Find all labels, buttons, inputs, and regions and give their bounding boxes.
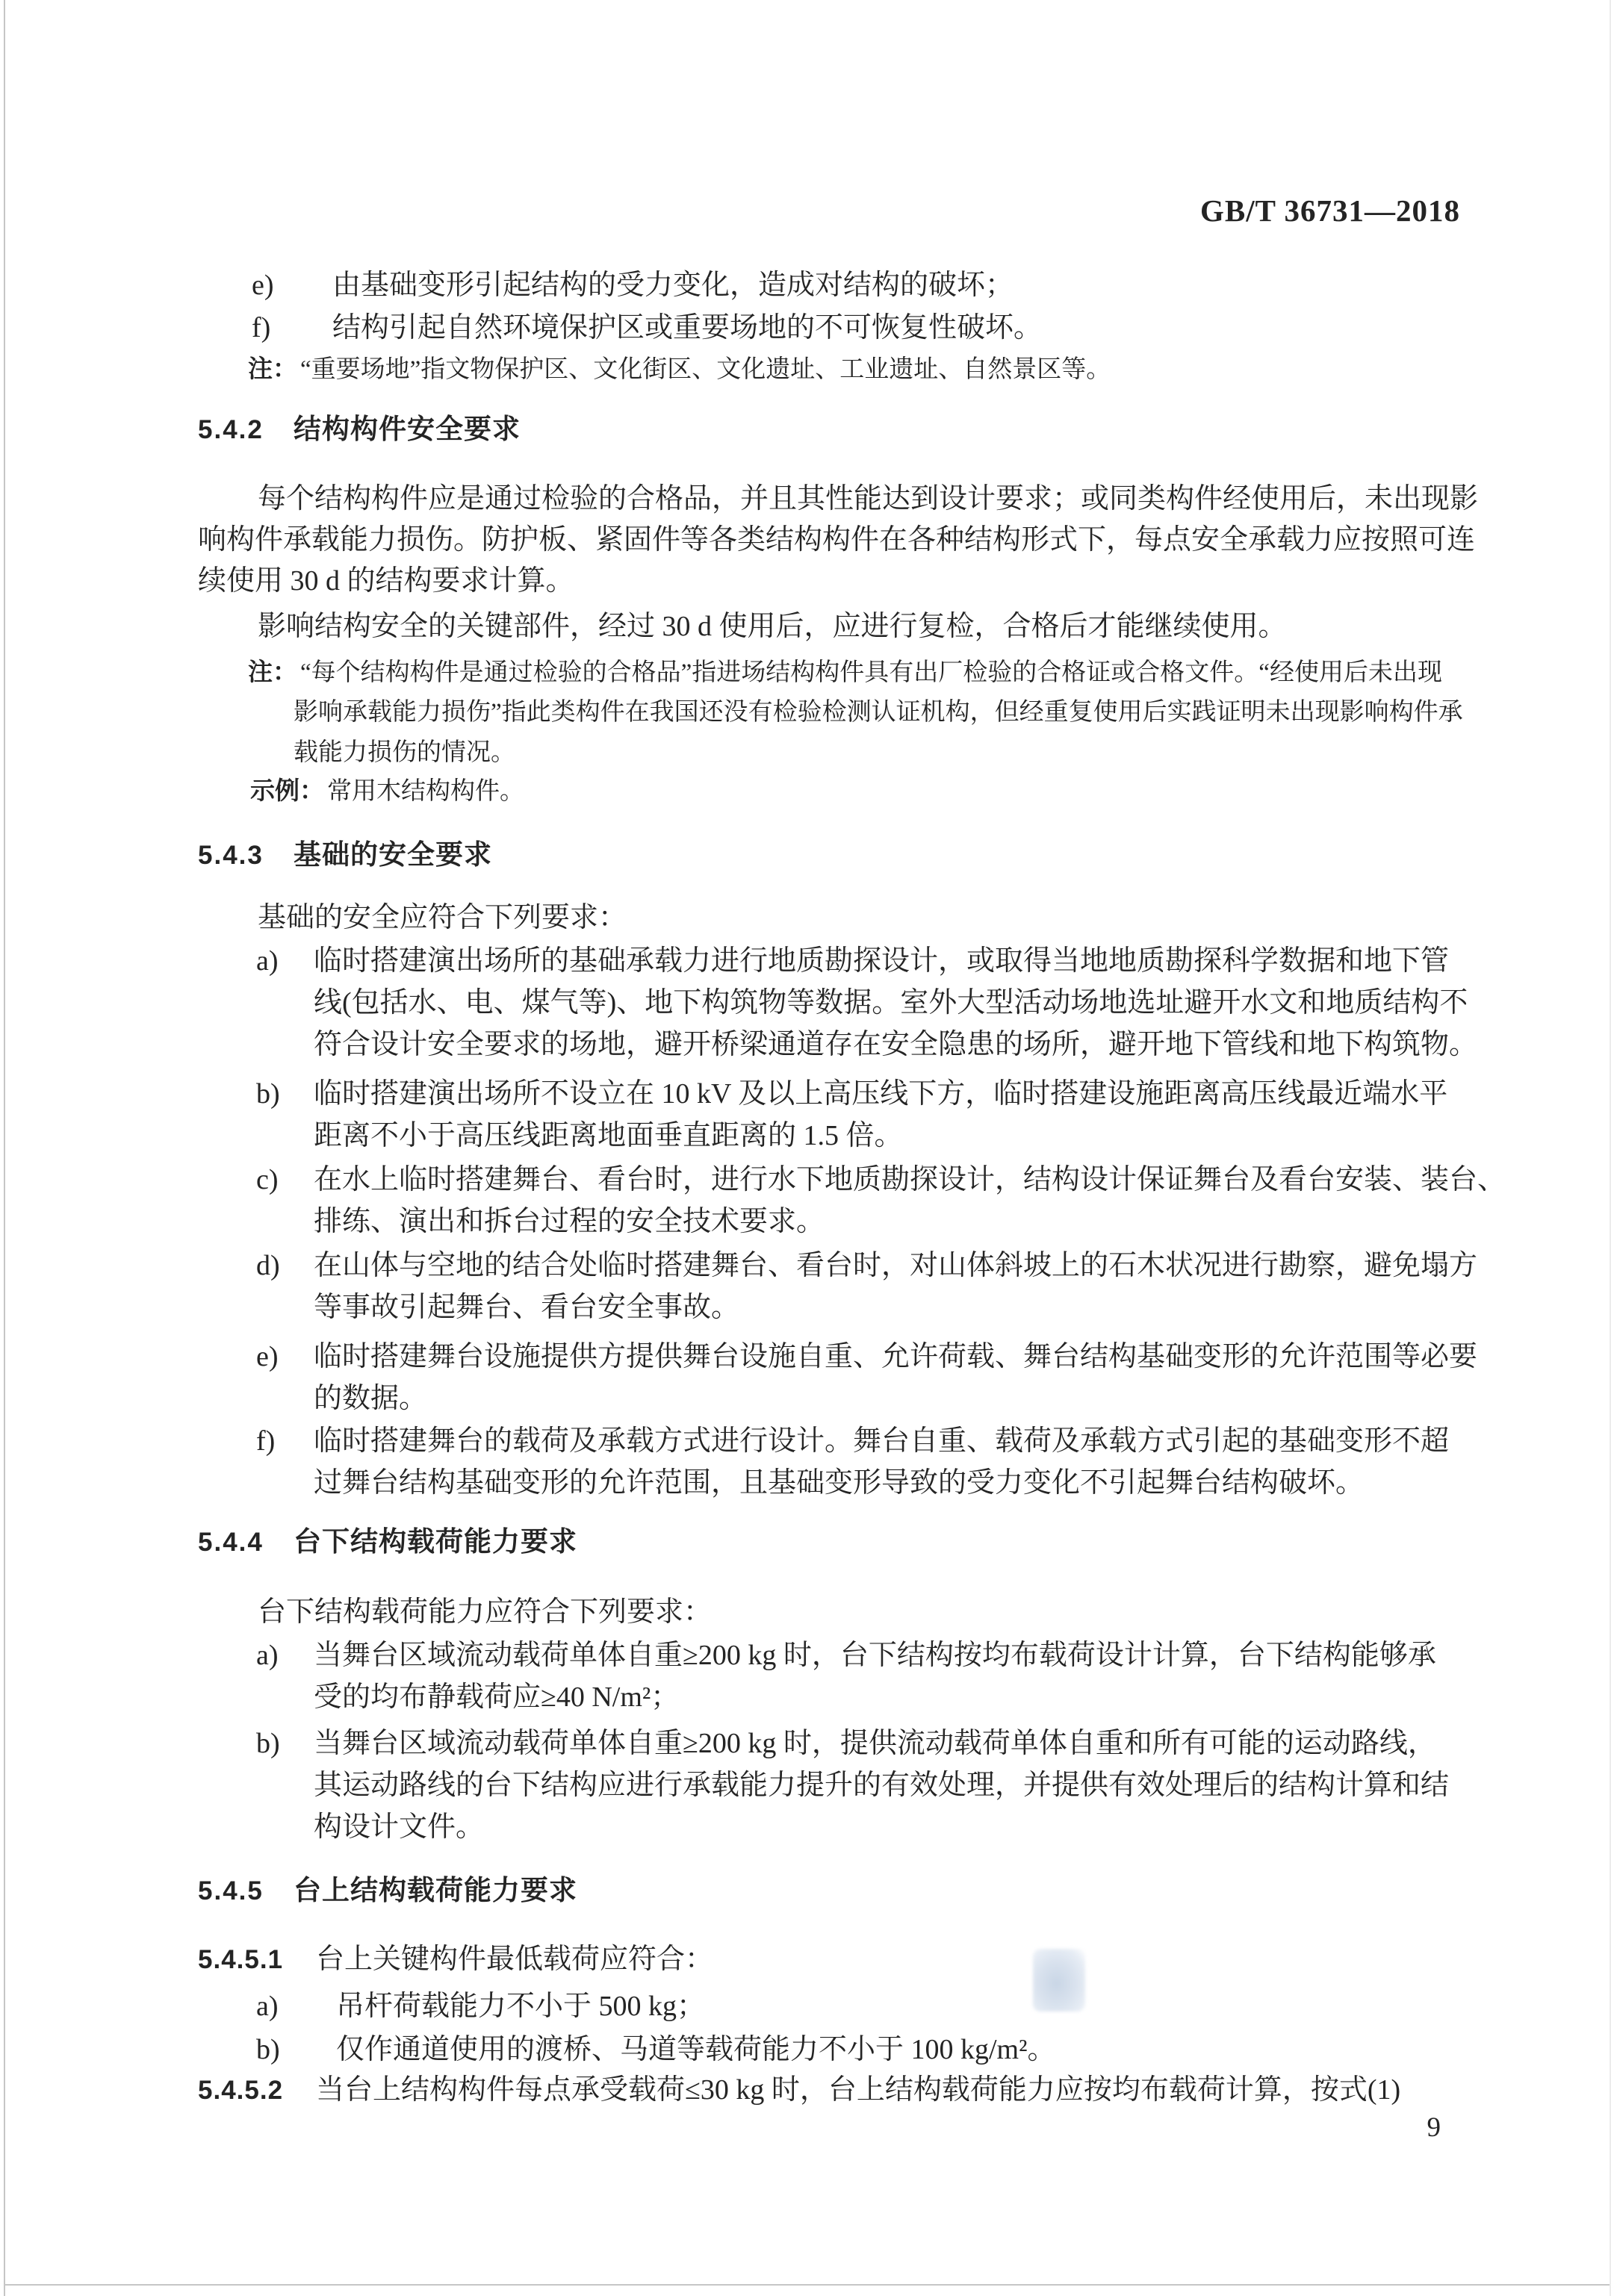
example-text: 常用木结构构件。 (327, 778, 524, 805)
text-line: 结构引起自然环境保护区或重要场地的不可恢复性破坏。 (332, 308, 1497, 349)
text-line: 注：“每个结构构件是通过检验的合格品”指进场结构构件具有出厂检验的合格证或合格文… (248, 652, 1497, 692)
clause-list-item: c)在水上临时搭建舞台、看台时，进行水下地质勘探设计，结构设计保证舞台及看台安装… (198, 1159, 1497, 1242)
text-line: 其运动路线的台下结构应进行承载能力提升的有效处理，并提供有效处理后的结构计算和结 (314, 1764, 1497, 1806)
list-item-text: 临时搭建舞台的载荷及承载方式进行设计。舞台自重、载荷及承载方式引起的基础变形不超… (314, 1420, 1497, 1504)
list-item-text: 临时搭建演出场所不设立在 10 kV 及以上高压线下方，临时搭建设施距离高压线最… (314, 1073, 1497, 1157)
text-line: 台下结构载荷能力应符合下列要求： (198, 1592, 1497, 1633)
section-heading: 5.4.3基础的安全要求 (198, 838, 1497, 878)
text-line: 受的均布静载荷应≥40 N/m²； (314, 1676, 1497, 1718)
note-text: “重要场地”指文物保护区、文化街区、文化遗址、工业遗址、自然景区等。 (300, 356, 1111, 383)
paragraph: 影响结构安全的关键部件，经过 30 d 使用后，应进行复检，合格后才能继续使用。 (198, 606, 1497, 647)
clause-list-item: d)在山体与空地的结合处临时搭建舞台、看台时，对山体斜坡上的石木状况进行勘察，避… (198, 1245, 1497, 1328)
text-line: 临时搭建演出场所的基础承载力进行地质勘探设计，或取得当地地质勘探科学数据和地下管 (314, 940, 1497, 982)
text-line: 排练、演出和拆台过程的安全技术要求。 (314, 1201, 1497, 1242)
list-item-text: 临时搭建演出场所的基础承载力进行地质勘探设计，或取得当地地质勘探科学数据和地下管… (314, 940, 1497, 1065)
clause-list-item: b)仅作通道使用的渡桥、马道等载荷能力不小于 100 kg/m²。 (198, 2029, 1497, 2071)
page-edge-left (4, 0, 5, 2296)
page-number: 9 (1427, 2112, 1441, 2144)
clause-list-item: b)临时搭建演出场所不设立在 10 kV 及以上高压线下方，临时搭建设施距离高压… (198, 1073, 1497, 1157)
heading-title: 结构构件安全要求 (294, 414, 521, 444)
text-line: 续使用 30 d 的结构要求计算。 (198, 561, 1497, 602)
text-line: 线(包括水、电、煤气等)、地下构筑物等数据。室外大型活动场地选址避开水文和地质结… (314, 982, 1497, 1024)
clause-number: 5.4.5.1 (198, 1939, 316, 1981)
list-item-text: 当舞台区域流动载荷单体自重≥200 kg 时，提供流动载荷单体自重和所有可能的运… (314, 1723, 1497, 1848)
example: 示例：常用木结构构件。 (250, 771, 1550, 812)
list-item-marker: b) (256, 1723, 280, 1764)
list-item-marker: a) (256, 1634, 279, 1676)
heading-title: 台上结构载荷能力要求 (294, 1875, 577, 1905)
note-label: 注： (248, 355, 297, 382)
note-text: “每个结构构件是通过检验的合格品”指进场结构构件具有出厂检验的合格证或合格文件。… (300, 659, 1442, 686)
page-edge-bottom (4, 2284, 1610, 2286)
clause-list-item: f)临时搭建舞台的载荷及承载方式进行设计。舞台自重、载荷及承载方式引起的基础变形… (198, 1420, 1497, 1504)
text-line: 在水上临时搭建舞台、看台时，进行水下地质勘探设计，结构设计保证舞台及看台安装、装… (314, 1159, 1497, 1201)
text-line: 的数据。 (314, 1378, 1497, 1419)
text-line: 构设计文件。 (314, 1806, 1497, 1848)
text-line: 临时搭建舞台设施提供方提供舞台设施自重、允许荷载、舞台结构基础变形的允许范围等必… (314, 1336, 1497, 1378)
list-item-text: 吊杆荷载能力不小于 500 kg； (336, 1985, 1497, 2027)
text-line: 距离不小于高压线距离地面垂直距离的 1.5 倍。 (314, 1115, 1497, 1157)
section-heading: 5.4.4台下结构载荷能力要求 (198, 1525, 1497, 1565)
text-line: 影响承载能力损伤”指此类构件在我国还没有检验检测认证机构，但经重复使用后实践证明… (294, 692, 1497, 732)
example-label: 示例： (250, 777, 324, 804)
heading-number: 5.4.4 (198, 1525, 294, 1560)
text-line: 临时搭建舞台的载荷及承载方式进行设计。舞台自重、载荷及承载方式引起的基础变形不超 (314, 1420, 1497, 1462)
numbered-clause: 5.4.5.2当台上结构构件每点承受载荷≤30 kg 时，台上结构载荷能力应按均… (198, 2070, 1497, 2112)
text-line: 当舞台区域流动载荷单体自重≥200 kg 时，台下结构按均布载荷设计计算，台下结… (314, 1634, 1497, 1676)
text-line: 基础的安全应符合下列要求： (198, 897, 1497, 939)
list-item-text: 由基础变形引起结构的受力变化，造成对结构的破坏； (332, 265, 1497, 306)
section-heading: 5.4.2结构构件安全要求 (198, 412, 1497, 452)
clause-list-item: e)由基础变形引起结构的受力变化，造成对结构的破坏； (198, 265, 1497, 306)
clause-list-item: e)临时搭建舞台设施提供方提供舞台设施自重、允许荷载、舞台结构基础变形的允许范围… (198, 1336, 1497, 1419)
list-item-marker: f) (256, 1420, 275, 1462)
list-item-marker: f) (252, 308, 270, 349)
note: 注：“重要场地”指文物保护区、文化街区、文化遗址、工业遗址、自然景区等。 (248, 349, 1548, 390)
heading-title: 基础的安全要求 (294, 839, 492, 870)
paragraph: 基础的安全应符合下列要求： (198, 897, 1497, 939)
list-item-marker: b) (256, 1073, 280, 1115)
list-item-marker: a) (256, 1985, 279, 2027)
clause-list-item: b)当舞台区域流动载荷单体自重≥200 kg 时，提供流动载荷单体自重和所有可能… (198, 1723, 1497, 1848)
text-line: 由基础变形引起结构的受力变化，造成对结构的破坏； (332, 265, 1497, 306)
list-item-marker: b) (256, 2029, 280, 2071)
note-label: 注： (248, 658, 297, 685)
numbered-clause: 5.4.5.1台上关键构件最低载荷应符合： (198, 1939, 1497, 1981)
text-line: 影响结构安全的关键部件，经过 30 d 使用后，应进行复检，合格后才能继续使用。 (198, 606, 1497, 647)
text-line: 吊杆荷载能力不小于 500 kg； (336, 1985, 1497, 2027)
heading-number: 5.4.2 (198, 413, 294, 447)
clause-list-item: f)结构引起自然环境保护区或重要场地的不可恢复性破坏。 (198, 308, 1497, 349)
text-line: 载能力损伤的情况。 (294, 732, 1497, 773)
clause-text: 当台上结构构件每点承受载荷≤30 kg 时，台上结构载荷能力应按均布载荷计算，按… (316, 2070, 1400, 2112)
text-line: 临时搭建演出场所不设立在 10 kV 及以上高压线下方，临时搭建设施距离高压线最… (314, 1073, 1497, 1115)
clause-list-item: a)吊杆荷载能力不小于 500 kg； (198, 1985, 1497, 2027)
list-item-text: 在水上临时搭建舞台、看台时，进行水下地质勘探设计，结构设计保证舞台及看台安装、装… (314, 1159, 1497, 1242)
list-item-text: 结构引起自然环境保护区或重要场地的不可恢复性破坏。 (332, 308, 1497, 349)
document-page: GB/T 36731—2018 e)由基础变形引起结构的受力变化，造成对结构的破… (0, 0, 1611, 2296)
text-line: 符合设计安全要求的场地，避开桥梁通道存在安全隐患的场所，避开地下管线和地下构筑物… (314, 1024, 1497, 1065)
clause-list-item: a)当舞台区域流动载荷单体自重≥200 kg 时，台下结构按均布载荷设计计算，台… (198, 1634, 1497, 1718)
text-line: 每个结构构件应是通过检验的合格品，并且其性能达到设计要求；或同类构件经使用后，未… (198, 479, 1497, 520)
heading-number: 5.4.3 (198, 839, 294, 873)
paragraph: 台下结构载荷能力应符合下列要求： (198, 1592, 1497, 1633)
list-item-marker: e) (252, 265, 274, 306)
note: 注：“每个结构构件是通过检验的合格品”指进场结构构件具有出厂检验的合格证或合格文… (198, 652, 1497, 773)
list-item-marker: d) (256, 1245, 280, 1287)
heading-title: 台下结构载荷能力要求 (294, 1526, 577, 1557)
clause-text: 台上关键构件最低载荷应符合： (316, 1939, 713, 1981)
stamp-smudge-artifact (1033, 1949, 1085, 2012)
text-line: 当舞台区域流动载荷单体自重≥200 kg 时，提供流动载荷单体自重和所有可能的运… (314, 1723, 1497, 1764)
text-line: 等事故引起舞台、看台安全事故。 (314, 1287, 1497, 1328)
list-item-marker: c) (256, 1159, 279, 1201)
heading-number: 5.4.5 (198, 1874, 294, 1908)
list-item-text: 临时搭建舞台设施提供方提供舞台设施自重、允许荷载、舞台结构基础变形的允许范围等必… (314, 1336, 1497, 1419)
text-line: 仅作通道使用的渡桥、马道等载荷能力不小于 100 kg/m²。 (336, 2029, 1497, 2071)
list-item-marker: e) (256, 1336, 279, 1378)
section-heading: 5.4.5台上结构载荷能力要求 (198, 1873, 1497, 1914)
paragraph: 每个结构构件应是通过检验的合格品，并且其性能达到设计要求；或同类构件经使用后，未… (198, 479, 1497, 602)
list-item-marker: a) (256, 940, 279, 982)
clause-list-item: a)临时搭建演出场所的基础承载力进行地质勘探设计，或取得当地地质勘探科学数据和地… (198, 940, 1497, 1065)
list-item-text: 在山体与空地的结合处临时搭建舞台、看台时，对山体斜坡上的石木状况进行勘察，避免塌… (314, 1245, 1497, 1328)
list-item-text: 仅作通道使用的渡桥、马道等载荷能力不小于 100 kg/m²。 (336, 2029, 1497, 2071)
text-line: 在山体与空地的结合处临时搭建舞台、看台时，对山体斜坡上的石木状况进行勘察，避免塌… (314, 1245, 1497, 1287)
standard-number-header: GB/T 36731—2018 (1200, 193, 1460, 228)
list-item-text: 当舞台区域流动载荷单体自重≥200 kg 时，台下结构按均布载荷设计计算，台下结… (314, 1634, 1497, 1718)
text-line: 响构件承载能力损伤。防护板、紧固件等各类结构构件在各种结构形式下，每点安全承载力… (198, 520, 1497, 561)
text-line: 过舞台结构基础变形的允许范围，且基础变形导致的受力变化不引起舞台结构破坏。 (314, 1462, 1497, 1504)
clause-number: 5.4.5.2 (198, 2070, 316, 2112)
